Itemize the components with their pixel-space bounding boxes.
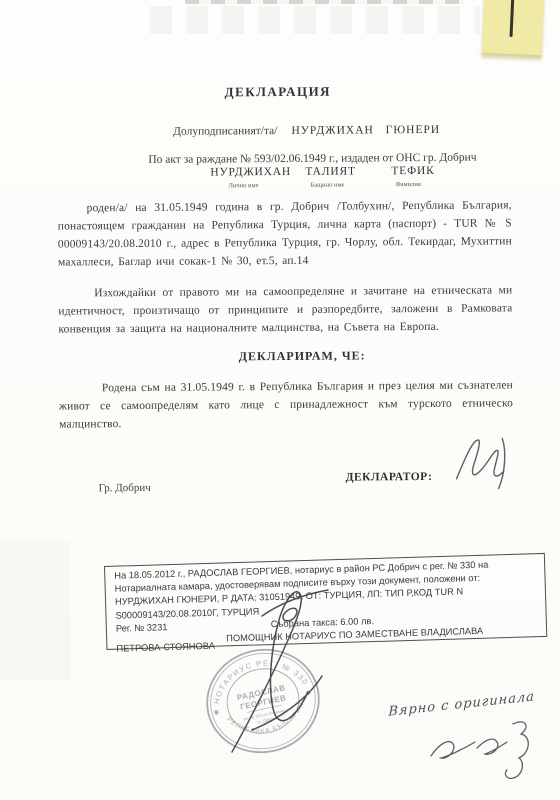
notary-certification-box: На 18.05.2012 г., РАДОСЛАВ ГЕОРГИЕВ, нот… [104,553,547,650]
notary-reg-number: Рег. № 3231 [116,622,168,634]
paragraph-personal-data: роден/а/ на 31.05.1949 година в гр. Добр… [58,196,512,271]
first-name-label: Лично име [228,182,258,189]
underwriter-line: Долуподписаният/та/НУРДЖИХАН ГЮНЕРИ [173,124,440,138]
stamp-star-right-icon: ✱ [305,689,313,698]
document-title: ДЕКЛАРАЦИЯ [0,82,558,102]
city-line: Гр. Добрич [99,482,151,494]
family-name-label: Фамилия [395,181,420,188]
birth-act-line: По акт за раждане № 593/02.06.1949 г., и… [148,152,476,166]
declarator-signature [452,434,514,490]
underwriter-label: Долуподписаният/та/ [173,125,277,138]
underwriter-name: НУРДЖИХАН ГЮНЕРИ [291,124,440,137]
declarator-label: ДЕКЛАРАТОР: [346,471,433,484]
middle-name-label: Бащино име [310,182,344,189]
declaration-heading: ДЕКЛАРИРАМ, ЧЕ: [45,347,560,366]
middle-name-value: ТАЛИЯТ [305,165,355,177]
sticky-note-tab [482,0,545,57]
stamp-star-left-icon: ✱ [213,708,221,717]
paragraph-declaration: Родена съм на 31.05.1949 г. в Република … [59,376,513,433]
paragraph-preamble: Изхождайки от правото ми на самоопределя… [58,281,512,338]
declarator-signature-tail [498,438,505,488]
sticky-note-pen-mark [510,0,514,37]
first-name-value: НУРДЖИХАН [210,166,291,179]
family-name-value: ТЕФИК [391,165,434,177]
scanned-declaration-page: ДЕКЛАРАЦИЯ Долуподписаният/та/НУРДЖИХАН … [0,0,560,800]
declarator-signature-stroke [456,440,502,479]
